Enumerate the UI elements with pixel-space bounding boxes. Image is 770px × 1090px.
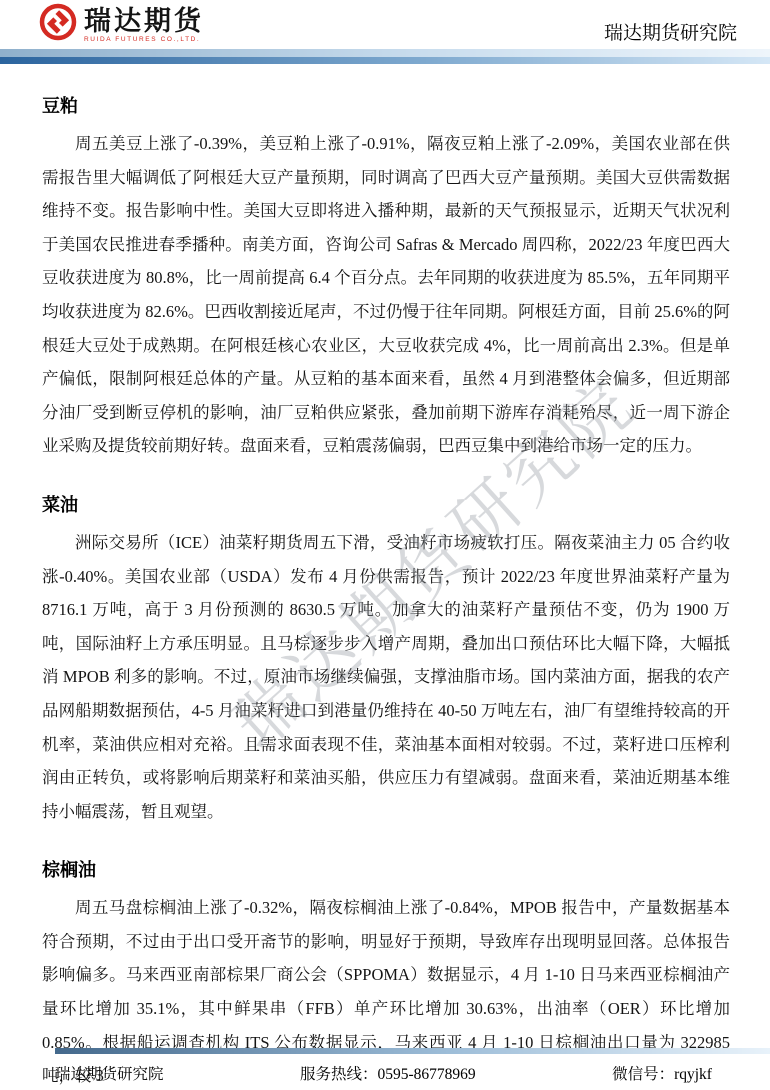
section-title-soybean-meal: 豆粕 [42,92,730,118]
report-page: 瑞达期货 RUIDA FUTURES CO.,LTD. 瑞达期货研究院 豆粕 周… [0,0,770,1090]
footer-hotline: 服务热线：0595-86778969 [300,1062,476,1084]
footer-institute: 瑞达期货研究院 [55,1062,164,1084]
header-divider-top [0,49,770,57]
header-institute-title: 瑞达期货研究院 [604,18,737,47]
section-paragraph-rapeseed-oil: 洲际交易所（ICE）油菜籽期货周五下滑，受油籽市场疲软打压。隔夜菜油主力 05 … [42,526,730,828]
footer-wechat: 微信号：rqyjkf [612,1062,712,1084]
brand-name-cn: 瑞达期货 [84,6,204,36]
header-divider-bottom [0,57,770,64]
header: 瑞达期货 RUIDA FUTURES CO.,LTD. 瑞达期货研究院 [0,0,770,49]
brand-name-en: RUIDA FUTURES CO.,LTD. [84,36,204,44]
company-logo: 瑞达期货 RUIDA FUTURES CO.,LTD. [38,2,204,47]
footer: 瑞达期货研究院 服务热线：0595-86778969 微信号：rqyjkf [0,1048,770,1084]
section-title-palm-oil: 棕榈油 [42,856,730,882]
section-title-rapeseed-oil: 菜油 [42,491,730,517]
ruida-logo-icon [38,2,78,47]
section-paragraph-soybean-meal: 周五美豆上涨了-0.39%，美豆粕上涨了-0.91%，隔夜豆粕上涨了-2.09%… [42,127,730,463]
report-body: 豆粕 周五美豆上涨了-0.39%，美豆粕上涨了-0.91%，隔夜豆粕上涨了-2.… [0,92,770,1090]
